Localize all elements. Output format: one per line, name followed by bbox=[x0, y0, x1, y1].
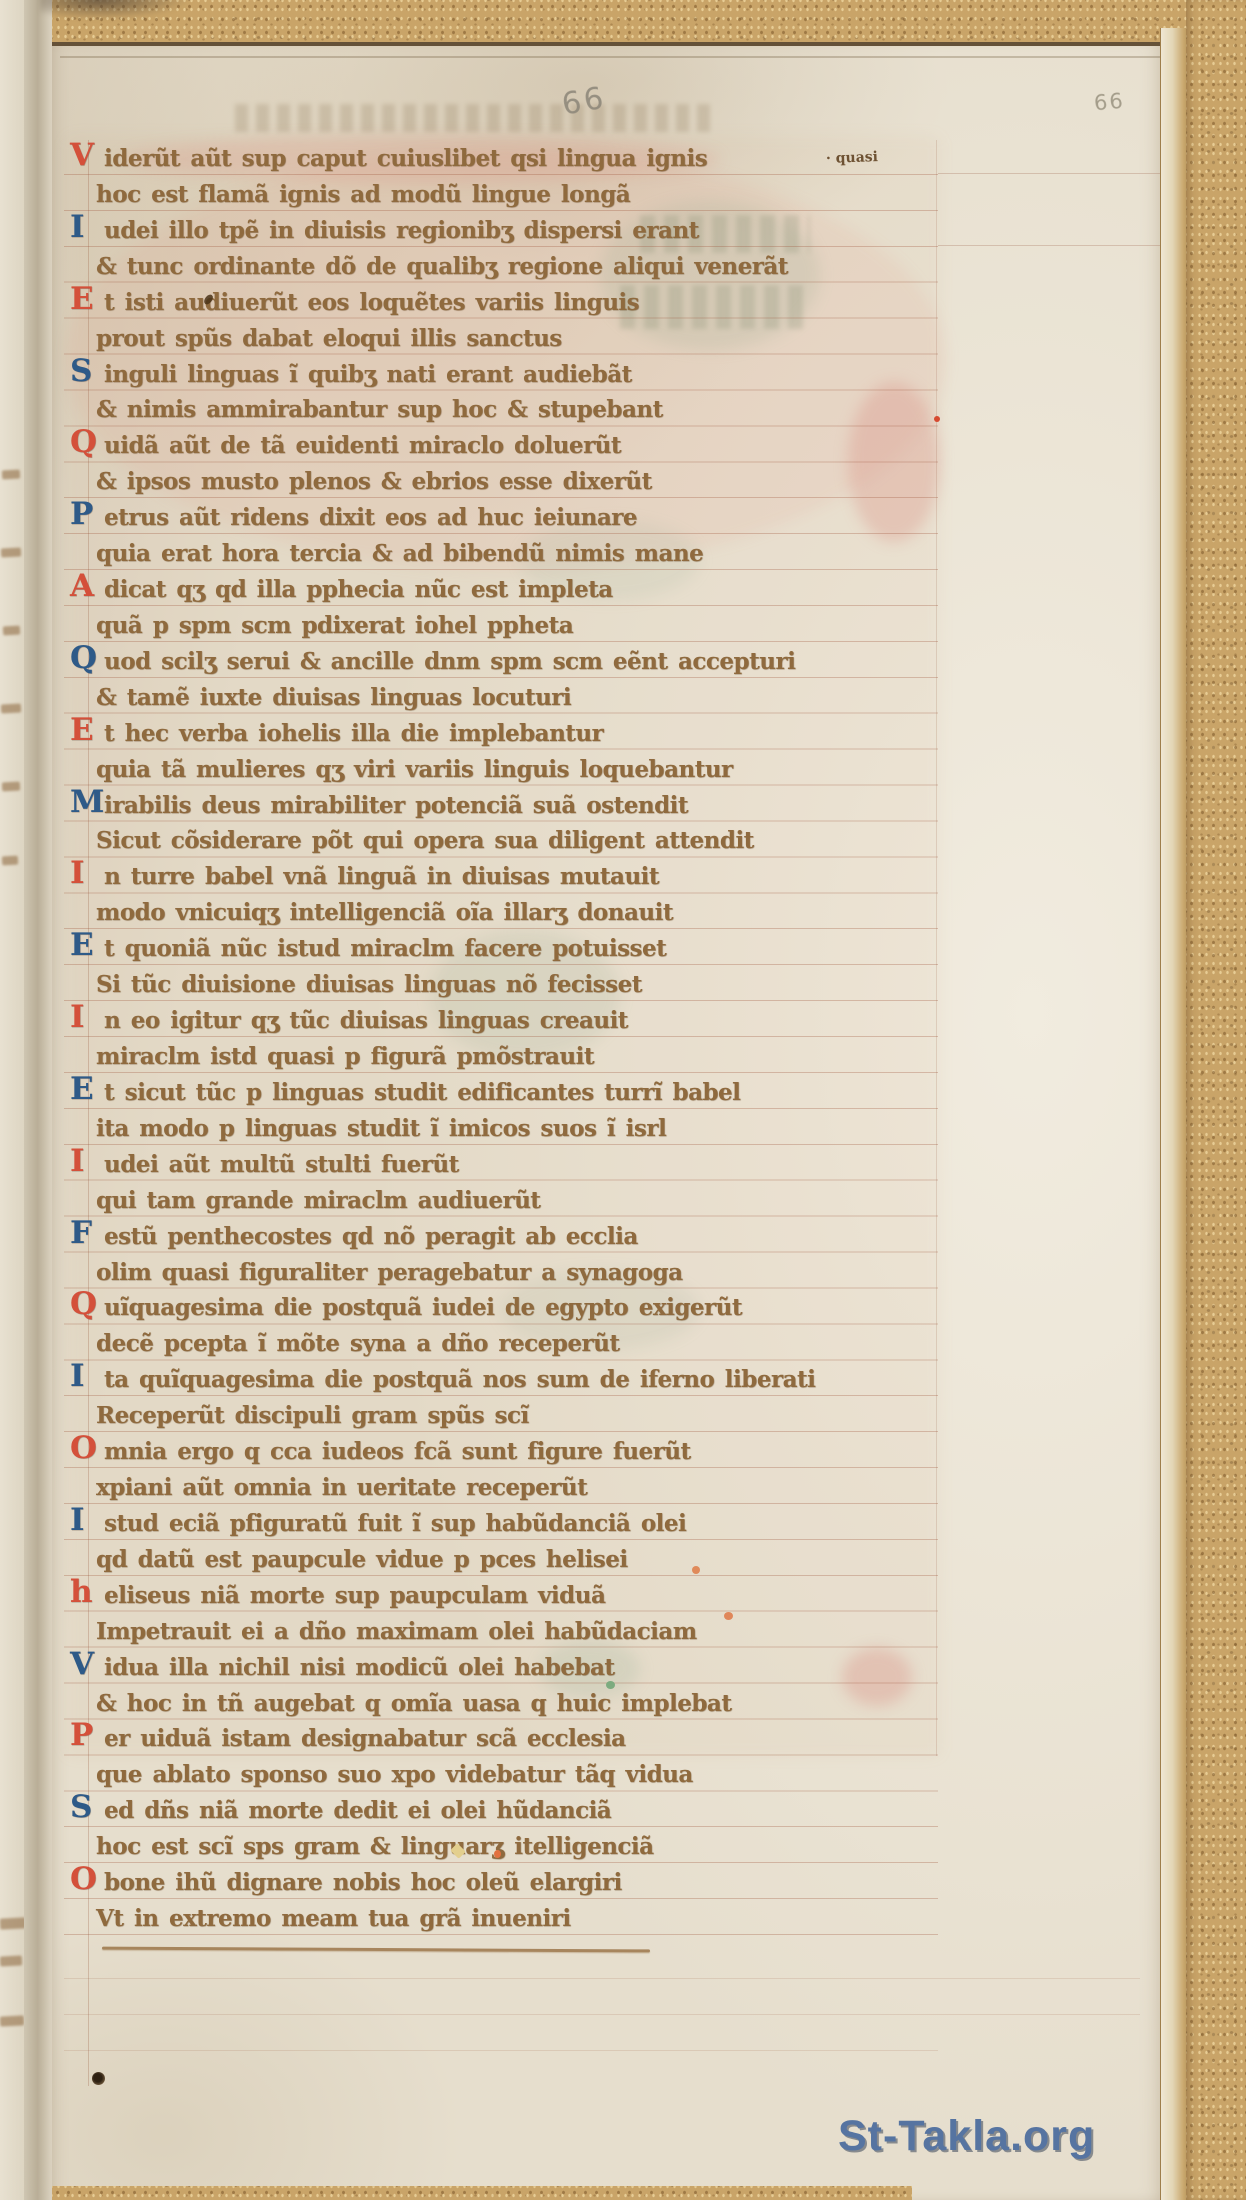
manuscript-line: Adicat qʒ qd illa pphecia nũc est implet… bbox=[70, 575, 613, 605]
line-text: irabilis deus mirabiliter potenciã suã o… bbox=[104, 792, 688, 819]
manuscript-line: olim quasi figuraliter peragebatur a syn… bbox=[70, 1258, 683, 1288]
versal-initial: h bbox=[70, 1578, 104, 1606]
line-text: quia tã mulieres qʒ viri variis linguis … bbox=[96, 756, 733, 783]
versal-initial: S bbox=[70, 1793, 104, 1821]
line-text: ed dñs niã morte dedit ei olei hũdanciã bbox=[104, 1797, 611, 1824]
manuscript-line: Mirabilis deus mirabiliter potenciã suã … bbox=[70, 791, 688, 821]
versal-initial: Q bbox=[70, 1290, 104, 1318]
line-text: uĩquagesima die postquã iudei de egypto … bbox=[104, 1294, 742, 1321]
versal-initial: Q bbox=[70, 644, 104, 672]
green-pigment-speck bbox=[606, 1681, 615, 1689]
line-text: er uiduã istam designabatur scã ecclesia bbox=[104, 1725, 626, 1752]
line-text: estũ penthecostes qd nõ peragit ab eccli… bbox=[104, 1223, 638, 1250]
manuscript-line: Et hec verba iohelis illa die implebantu… bbox=[70, 719, 603, 749]
line-text: Impetrauit ei a dño maximam olei habũdac… bbox=[96, 1618, 697, 1645]
versal-initial: S bbox=[70, 357, 104, 385]
manuscript-line: Quĩquagesima die postquã iudei de egypto… bbox=[70, 1293, 742, 1323]
line-text: etrus aũt ridens dixit eos ad huc ieiuna… bbox=[104, 504, 637, 531]
line-text: Receperũt discipuli gram spũs scĩ bbox=[96, 1402, 529, 1429]
line-text: que ablato sponso suo xpo videbatur tãq … bbox=[96, 1761, 693, 1788]
line-text: uod scilʒ serui & ancille dnm spm scm eẽ… bbox=[104, 648, 795, 675]
versal-initial: I bbox=[70, 859, 104, 887]
line-text: ta quĩquagesima die postquã nos sum de i… bbox=[104, 1366, 815, 1393]
line-text: xpiani aũt omnia in ueritate receperũt bbox=[96, 1474, 587, 1501]
line-text: idua illa nichil nisi modicũ olei habeba… bbox=[104, 1654, 615, 1681]
site-watermark: St-Takla.org bbox=[838, 2112, 1095, 2161]
versal-initial: V bbox=[70, 141, 104, 169]
line-text: quia erat hora tercia & ad bibendũ nimis… bbox=[96, 540, 703, 567]
versal-initial: A bbox=[70, 572, 104, 600]
manuscript-line: Et sicut tũc p linguas studit edificante… bbox=[70, 1078, 740, 1108]
book-fore-edge bbox=[1186, 0, 1246, 2200]
manuscript-line: Ita quĩquagesima die postquã nos sum de … bbox=[70, 1365, 815, 1395]
versal-initial: I bbox=[70, 1362, 104, 1390]
red-pigment-speck bbox=[934, 416, 940, 422]
manuscript-line: In eo igitur qʒ tũc diuisas linguas crea… bbox=[70, 1006, 628, 1036]
versal-initial: F bbox=[70, 1219, 104, 1247]
line-text: & hoc in tñ augebat q omĩa uasa q huic i… bbox=[96, 1690, 731, 1717]
versal-initial: V bbox=[70, 1650, 104, 1678]
versal-initial: I bbox=[70, 1147, 104, 1175]
manuscript-line: quia erat hora tercia & ad bibendũ nimis… bbox=[70, 539, 703, 569]
line-text: dicat qʒ qd illa pphecia nũc est impleta bbox=[104, 576, 613, 603]
line-text: & tunc ordinante dõ de qualibʒ regione a… bbox=[96, 253, 788, 280]
versal-initial: I bbox=[70, 213, 104, 241]
manuscript-line: ita modo p linguas studit ĩ imicos suos … bbox=[70, 1114, 666, 1144]
folio-number-right: 66 bbox=[1093, 89, 1126, 116]
line-text: t quoniã nũc istud miraclm facere potuis… bbox=[104, 935, 666, 962]
margin-note: · quasi bbox=[826, 149, 879, 167]
versal-initial: I bbox=[70, 1506, 104, 1534]
versal-initial: E bbox=[70, 931, 104, 959]
line-text: Vt in extremo meam tua grã inueniri bbox=[96, 1905, 571, 1932]
manuscript-line: Festũ penthecostes qd nõ peragit ab eccl… bbox=[70, 1222, 638, 1252]
manuscript-line: miraclm istd quasi p figurã pmõstrauit bbox=[70, 1042, 594, 1072]
line-text: iderũt aũt sup caput cuiuslibet qsi ling… bbox=[104, 145, 707, 172]
book-bottom-edge bbox=[52, 2186, 912, 2200]
line-text: eliseus niã morte sup paupculam viduã bbox=[104, 1582, 605, 1609]
versal-initial: O bbox=[70, 1434, 104, 1462]
manuscript-line: que ablato sponso suo xpo videbatur tãq … bbox=[70, 1760, 693, 1790]
versal-initial: I bbox=[70, 1003, 104, 1031]
manuscript-line: quia tã mulieres qʒ viri variis linguis … bbox=[70, 755, 733, 785]
line-text: modo vnicuiqʒ intelligenciã oĩa illarʒ d… bbox=[96, 899, 673, 926]
manuscript-line: xpiani aũt omnia in ueritate receperũt bbox=[70, 1473, 587, 1503]
manuscript-line: Obone ihũ dignare nobis hoc oleũ elargir… bbox=[70, 1868, 622, 1898]
line-text: mnia ergo q cca iudeos fcã sunt figure f… bbox=[104, 1438, 691, 1465]
line-text: t hec verba iohelis illa die implebantur bbox=[104, 720, 603, 747]
line-text: qd datũ est paupcule vidue p pces helise… bbox=[96, 1546, 628, 1573]
manuscript-line: & ipsos musto plenos & ebrios esse dixer… bbox=[70, 467, 652, 497]
line-text: & ipsos musto plenos & ebrios esse dixer… bbox=[96, 468, 652, 495]
manuscript-line: Receperũt discipuli gram spũs scĩ bbox=[70, 1401, 529, 1431]
page-edge-stack bbox=[1160, 28, 1187, 2200]
manuscript-line: Si tũc diuisione diuisas linguas nõ feci… bbox=[70, 970, 642, 1000]
binding-tuft bbox=[40, 0, 190, 20]
line-text: uidã aũt de tã euidenti miraclo doluerũt bbox=[104, 432, 621, 459]
line-text: qui tam grande miraclm audiuerũt bbox=[96, 1187, 540, 1214]
manuscript-line: modo vnicuiqʒ intelligenciã oĩa illarʒ d… bbox=[70, 898, 673, 928]
line-text: & nimis ammirabantur sup hoc & stupebant bbox=[96, 396, 663, 423]
line-text: quã p spm scm pdixerat iohel ppheta bbox=[96, 612, 573, 639]
line-text: bone ihũ dignare nobis hoc oleũ elargiri bbox=[104, 1869, 622, 1896]
line-text: stud eciã pfiguratũ fuit ĩ sup habũdanci… bbox=[104, 1510, 686, 1537]
text-block: Viderũt aũt sup caput cuiuslibet qsi lin… bbox=[0, 0, 1246, 2200]
manuscript-line: Petrus aũt ridens dixit eos ad huc ieiun… bbox=[70, 503, 637, 533]
wormhole bbox=[92, 2072, 105, 2085]
manuscript-line: Per uiduã istam designabatur scã ecclesi… bbox=[70, 1724, 626, 1754]
versal-initial: E bbox=[70, 285, 104, 313]
versal-initial: P bbox=[70, 500, 104, 528]
manuscript-line: Viderũt aũt sup caput cuiuslibet qsi lin… bbox=[70, 144, 707, 174]
manuscript-photo: Viderũt aũt sup caput cuiuslibet qsi lin… bbox=[0, 0, 1246, 2200]
versal-initial: Q bbox=[70, 428, 104, 456]
manuscript-line: Iudei aũt multũ stulti fuerũt bbox=[70, 1150, 459, 1180]
versal-initial: E bbox=[70, 716, 104, 744]
line-text: t sicut tũc p linguas studit edificantes… bbox=[104, 1079, 740, 1106]
line-text: olim quasi figuraliter peragebatur a syn… bbox=[96, 1259, 683, 1286]
manuscript-line: & nimis ammirabantur sup hoc & stupebant bbox=[70, 395, 663, 425]
line-text: udei illo tpẽ in diuisis regionibʒ dispe… bbox=[104, 217, 699, 244]
line-text: & tamẽ iuxte diuisas linguas locuturi bbox=[96, 684, 571, 711]
line-text: Sicut cõsiderare põt qui opera sua dilig… bbox=[96, 827, 754, 854]
manuscript-line: Quod scilʒ serui & ancille dnm spm scm e… bbox=[70, 647, 795, 677]
book-top-edge bbox=[52, 0, 1246, 46]
manuscript-line: Quidã aũt de tã euidenti miraclo doluerũ… bbox=[70, 431, 621, 461]
versal-initial: M bbox=[70, 788, 104, 816]
manuscript-line: Et quoniã nũc istud miraclm facere potui… bbox=[70, 934, 666, 964]
manuscript-line: prout spũs dabat eloqui illis sanctus bbox=[70, 324, 562, 354]
manuscript-line: Sed dñs niã morte dedit ei olei hũdanciã bbox=[70, 1796, 611, 1826]
line-text: prout spũs dabat eloqui illis sanctus bbox=[96, 325, 562, 352]
versal-initial: P bbox=[70, 1721, 104, 1749]
line-text: n turre babel vnã linguã in diuisas muta… bbox=[104, 863, 659, 890]
line-text: hoc est scĩ sps gram & linguarʒ itellige… bbox=[96, 1833, 654, 1860]
manuscript-line: & tamẽ iuxte diuisas linguas locuturi bbox=[70, 683, 571, 713]
manuscript-line: Singuli linguas ĩ quibʒ nati erant audie… bbox=[70, 360, 632, 390]
orange-pigment-speck bbox=[724, 1612, 733, 1620]
manuscript-line: heliseus niã morte sup paupculam viduã bbox=[70, 1581, 605, 1611]
line-text: decẽ pcepta ĩ mõte syna a dño receperũt bbox=[96, 1330, 619, 1357]
line-text: n eo igitur qʒ tũc diuisas linguas creau… bbox=[104, 1007, 628, 1034]
manuscript-line: Vidua illa nichil nisi modicũ olei habeb… bbox=[70, 1653, 615, 1683]
line-text: Si tũc diuisione diuisas linguas nõ feci… bbox=[96, 971, 642, 998]
line-text: udei aũt multũ stulti fuerũt bbox=[104, 1151, 459, 1178]
manuscript-line: Iudei illo tpẽ in diuisis regionibʒ disp… bbox=[70, 216, 699, 246]
manuscript-line: Impetrauit ei a dño maximam olei habũdac… bbox=[70, 1617, 697, 1647]
manuscript-line: Sicut cõsiderare põt qui opera sua dilig… bbox=[70, 826, 754, 856]
manuscript-line: & tunc ordinante dõ de qualibʒ regione a… bbox=[70, 252, 788, 282]
manuscript-line: Vt in extremo meam tua grã inueniri bbox=[70, 1904, 571, 1934]
manuscript-line: Omnia ergo q cca iudeos fcã sunt figure … bbox=[70, 1437, 691, 1467]
line-text: miraclm istd quasi p figurã pmõstrauit bbox=[96, 1043, 594, 1070]
manuscript-line: & hoc in tñ augebat q omĩa uasa q huic i… bbox=[70, 1689, 731, 1719]
manuscript-line: Et isti audiuerũt eos loquẽtes variis li… bbox=[70, 288, 639, 318]
manuscript-line: Istud eciã pfiguratũ fuit ĩ sup habũdanc… bbox=[70, 1509, 686, 1539]
line-text: inguli linguas ĩ quibʒ nati erant audieb… bbox=[104, 361, 632, 388]
manuscript-line: decẽ pcepta ĩ mõte syna a dño receperũt bbox=[70, 1329, 619, 1359]
manuscript-line: In turre babel vnã linguã in diuisas mut… bbox=[70, 862, 659, 892]
versal-initial: E bbox=[70, 1075, 104, 1103]
manuscript-line: hoc est flamã ignis ad modũ lingue longã bbox=[70, 180, 630, 210]
orange-pigment-speck bbox=[692, 1566, 700, 1574]
manuscript-line: quã p spm scm pdixerat iohel ppheta bbox=[70, 611, 573, 641]
line-text: ita modo p linguas studit ĩ imicos suos … bbox=[96, 1115, 666, 1142]
manuscript-line: hoc est scĩ sps gram & linguarʒ itellige… bbox=[70, 1832, 654, 1862]
manuscript-line: qd datũ est paupcule vidue p pces helise… bbox=[70, 1545, 628, 1575]
orange-pigment-speck bbox=[494, 1850, 501, 1858]
line-text: t isti audiuerũt eos loquẽtes variis lin… bbox=[104, 289, 639, 316]
manuscript-line: qui tam grande miraclm audiuerũt bbox=[70, 1186, 540, 1216]
line-text: hoc est flamã ignis ad modũ lingue longã bbox=[96, 181, 630, 208]
versal-initial: O bbox=[70, 1865, 104, 1893]
